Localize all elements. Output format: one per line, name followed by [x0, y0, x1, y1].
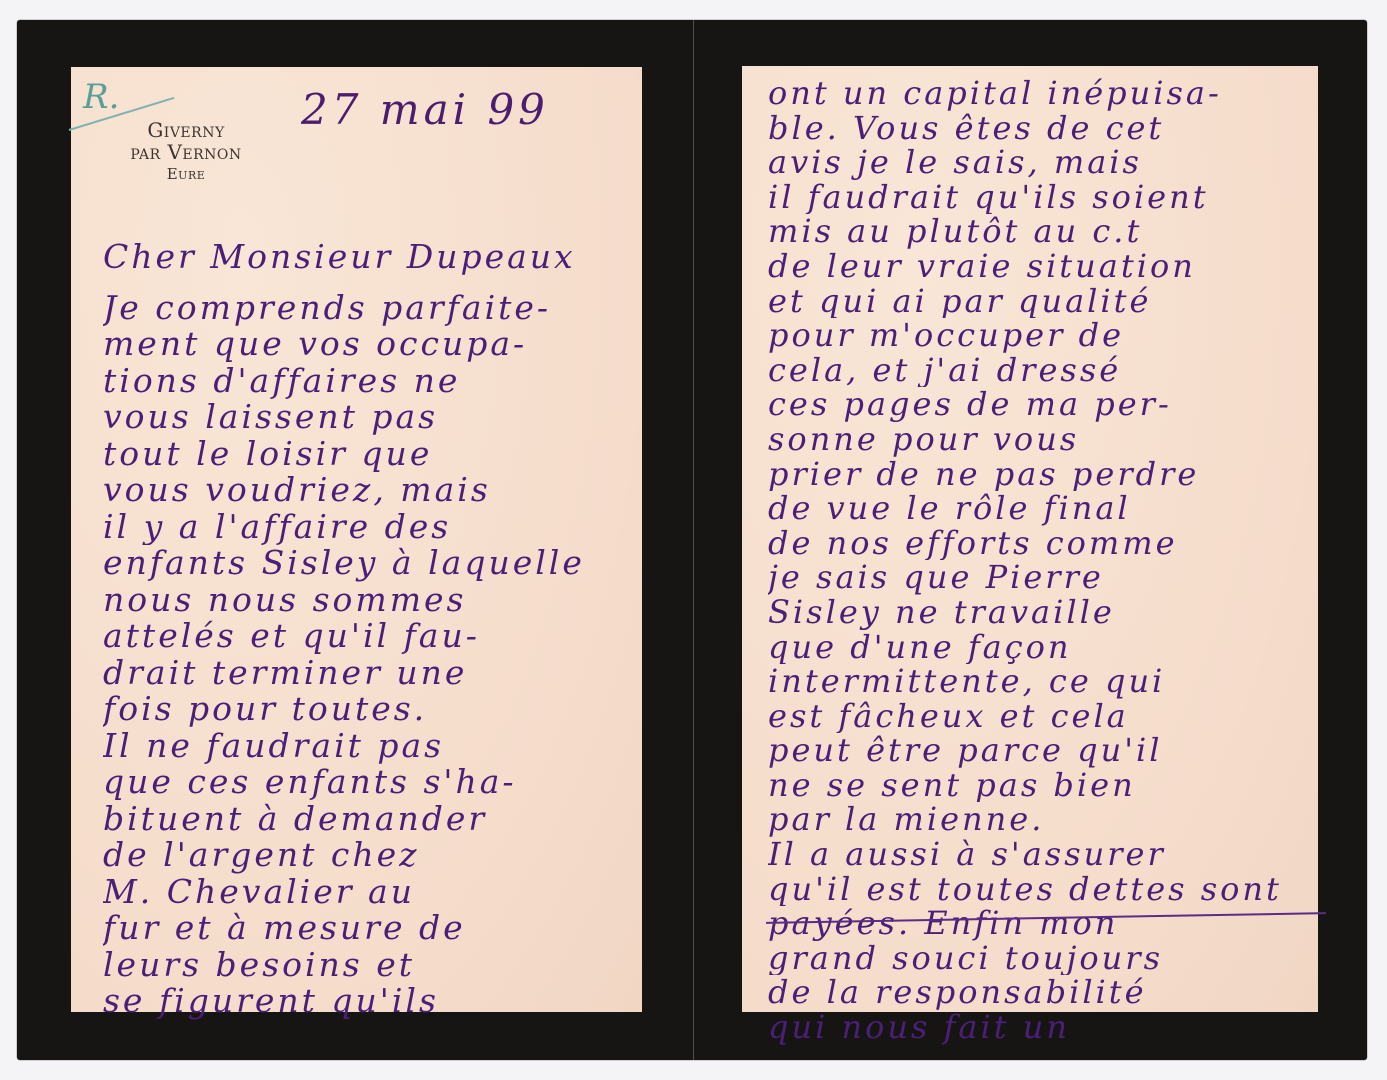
text-line: attelés et qu'il fau-: [103, 618, 626, 655]
text-line: que d'une façon: [768, 630, 1302, 665]
text-line: je sais que Pierre: [768, 560, 1302, 595]
text-line: par la mienne.: [768, 802, 1302, 837]
text-line: drait terminer une: [103, 655, 626, 692]
text-line: bituent à demander: [103, 801, 626, 838]
mourning-card: R. Giverny par Vernon Eure 27 mai 99 Che…: [17, 20, 1367, 1060]
text-line: cela, et j'ai dressé: [768, 353, 1302, 388]
letterhead-dept: Eure: [121, 163, 251, 185]
text-line: de nos efforts comme: [768, 526, 1302, 561]
text-line: ne se sent pas bien: [768, 768, 1302, 803]
text-line: Je comprends parfaite-: [103, 290, 626, 327]
text-line: de leur vraie situation: [768, 249, 1302, 284]
text-line: leurs besoins et: [103, 947, 626, 984]
text-line: nous nous sommes: [103, 582, 626, 619]
text-line: qui nous fait un: [768, 1010, 1302, 1045]
left-page: R. Giverny par Vernon Eure 27 mai 99 Che…: [71, 67, 642, 1012]
text-line: est fâcheux et cela: [768, 699, 1302, 734]
text-line: avis je le sais, mais: [768, 145, 1302, 180]
text-line: de la responsabilité: [768, 975, 1302, 1010]
letterhead-via: par Vernon: [121, 141, 251, 163]
archive-annotation: R.: [83, 77, 119, 117]
text-line: et qui ai par qualité: [768, 284, 1302, 319]
text-line: de l'argent chez: [103, 837, 626, 874]
text-line: Sisley ne travaille: [768, 595, 1302, 630]
text-line: Il ne faudrait pas: [103, 728, 626, 765]
text-line: se figurent qu'ils: [103, 983, 626, 1020]
text-line: fois pour toutes.: [103, 691, 626, 728]
letter-date: 27 mai 99: [301, 85, 549, 134]
letterhead: Giverny par Vernon Eure: [121, 119, 251, 185]
text-line: Il a aussi à s'assurer: [768, 837, 1302, 872]
left-page-text: Cher Monsieur Dupeaux Je comprends parfa…: [103, 239, 626, 1020]
text-line: vous voudriez, mais: [103, 472, 626, 509]
text-line: sonne pour vous: [768, 422, 1302, 457]
text-line: ble. Vous êtes de cet: [768, 111, 1302, 146]
text-line: ces pages de ma per-: [768, 387, 1302, 422]
text-line: vous laissent pas: [103, 399, 626, 436]
text-line: ment que vos occupa-: [103, 326, 626, 363]
right-page: ont un capital inépuisa- ble. Vous êtes …: [742, 66, 1318, 1012]
text-line: peut être parce qu'il: [768, 733, 1302, 768]
text-line: enfants Sisley à laquelle: [103, 545, 626, 582]
text-line: ont un capital inépuisa-: [768, 76, 1302, 111]
letterhead-town: Giverny: [121, 119, 251, 141]
right-page-text: ont un capital inépuisa- ble. Vous êtes …: [768, 76, 1302, 1045]
text-line: qu'il est toutes dettes sont: [768, 872, 1302, 907]
text-line: de vue le rôle final: [768, 491, 1302, 526]
text-line: fur et à mesure de: [103, 910, 626, 947]
text-line: prier de ne pas perdre: [768, 457, 1302, 492]
text-line: pour m'occuper de: [768, 318, 1302, 353]
text-line: intermittente, ce qui: [768, 664, 1302, 699]
text-line: tions d'affaires ne: [103, 363, 626, 400]
text-line: il y a l'affaire des: [103, 509, 626, 546]
text-line: grand souci toujours: [768, 941, 1302, 976]
text-line: que ces enfants s'ha-: [103, 764, 626, 801]
fold-crease: [693, 20, 694, 1060]
text-line: payées. Enfin mon: [768, 906, 1302, 941]
text-line: mis au plutôt au c.t: [768, 214, 1302, 249]
salutation: Cher Monsieur Dupeaux: [103, 239, 626, 276]
text-line: tout le loisir que: [103, 436, 626, 473]
text-line: M. Chevalier au: [103, 874, 626, 911]
text-line: il faudrait qu'ils soient: [768, 180, 1302, 215]
